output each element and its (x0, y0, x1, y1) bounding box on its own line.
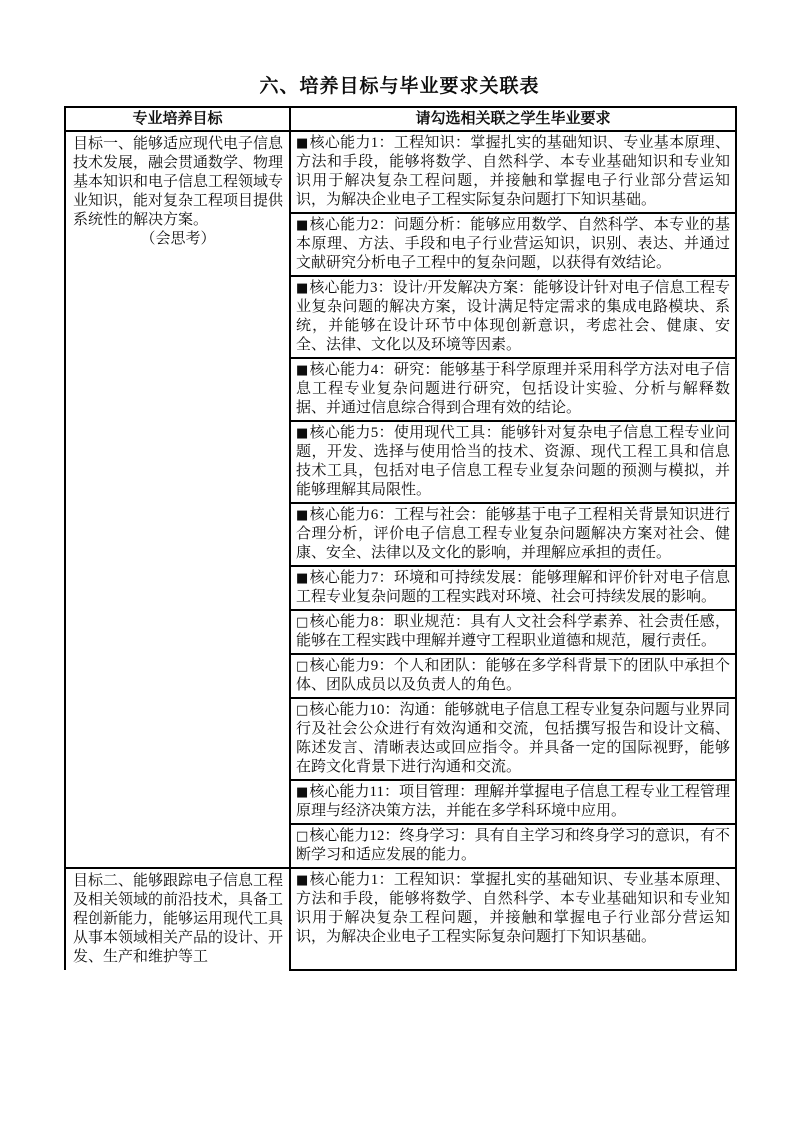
checkbox-checked-icon: ■ (296, 785, 309, 800)
requirement-cell-5: ■核心能力5：使用现代工具：能够针对复杂电子信息工程专业问题，开发、选择与使用恰… (290, 421, 736, 503)
objective-2-text: 目标二、能够跟踪电子信息工程及相关领域的前沿技术，具备工程创新能力，能够运用现代… (73, 872, 283, 967)
requirement-cell-1: ■核心能力1：工程知识：掌握扎实的基础知识、专业基本原理、方法和手段，能够将数学… (290, 131, 736, 213)
table-header-row: 专业培养目标 请勾选相关联之学生毕业要求 (65, 107, 736, 131)
requirement-cell-13: ■核心能力1：工程知识：掌握扎实的基础知识、专业基本原理、方法和手段，能够将数学… (290, 868, 736, 970)
checkbox-checked-icon: ■ (296, 363, 310, 378)
objective-1-text: 目标一、能够适应现代电子信息技术发展，融会贯通数学、物理基本知识和电子信息工程领… (73, 135, 283, 230)
checkbox-checked-icon: ■ (296, 136, 310, 151)
objective-1-note: （会思考） (73, 230, 283, 249)
requirement-text: 核心能力7：环境和可持续发展：能够理解和评价针对电子信息工程专业复杂问题的工程实… (296, 570, 730, 605)
column-header-objectives: 专业培养目标 (65, 107, 290, 131)
requirement-text: 核心能力5：使用现代工具：能够针对复杂电子信息工程专业问题，开发、选择与使用恰当… (296, 425, 730, 498)
requirement-cell-3: ■核心能力3：设计/开发解决方案：能够设计针对电子信息工程专业复杂问题的解决方案… (290, 276, 736, 358)
requirement-cell-2: ■核心能力2：问题分析：能够应用数学、自然科学、本专业的基本原理、方法、手段和电… (290, 213, 736, 276)
checkbox-unchecked-icon: □ (296, 659, 310, 674)
requirement-cell-10: □核心能力10：沟通：能够就电子信息工程专业复杂问题与业界同行及社会公众进行有效… (290, 698, 736, 780)
requirement-text: 核心能力8：职业规范：具有人文社会科学素养、社会责任感，能够在工程实践中理解并遵… (296, 614, 730, 649)
objectives-requirements-table: 专业培养目标 请勾选相关联之学生毕业要求 目标一、能够适应现代电子信息技术发展，… (64, 106, 737, 971)
checkbox-unchecked-icon: □ (296, 615, 310, 630)
requirement-text: 核心能力9：个人和团队：能够在多学科背景下的团队中承担个体、团队成员以及负责人的… (296, 658, 730, 693)
requirement-text: 核心能力11：项目管理：理解并掌握电子信息工程专业工程管理原理与经济决策方法，并… (296, 784, 730, 819)
requirement-cell-11: ■核心能力11：项目管理：理解并掌握电子信息工程专业工程管理原理与经济决策方法，… (290, 780, 736, 824)
document-page: 六、培养目标与毕业要求关联表 专业培养目标 请勾选相关联之学生毕业要求 目标一、… (0, 0, 799, 1131)
checkbox-checked-icon: ■ (296, 281, 309, 296)
column-header-requirements: 请勾选相关联之学生毕业要求 (290, 107, 736, 131)
requirement-text: 核心能力1：工程知识：掌握扎实的基础知识、专业基本原理、方法和手段，能够将数学、… (296, 135, 730, 208)
checkbox-checked-icon: ■ (296, 218, 310, 233)
requirement-text: 核心能力12：终身学习：具有自主学习和终身学习的意识，有不断学习和适应发展的能力… (296, 828, 730, 863)
objective-1-cell: 目标一、能够适应现代电子信息技术发展，融会贯通数学、物理基本知识和电子信息工程领… (65, 131, 290, 868)
checkbox-unchecked-icon: □ (296, 703, 309, 718)
checkbox-checked-icon: ■ (296, 508, 310, 523)
requirement-cell-8: □核心能力8：职业规范：具有人文社会科学素养、社会责任感，能够在工程实践中理解并… (290, 610, 736, 654)
requirement-cell-6: ■核心能力6：工程与社会：能够基于电子工程相关背景知识进行合理分析，评价电子信息… (290, 503, 736, 566)
table-row: 目标一、能够适应现代电子信息技术发展，融会贯通数学、物理基本知识和电子信息工程领… (65, 131, 736, 213)
checkbox-checked-icon: ■ (296, 571, 310, 586)
checkbox-checked-icon: ■ (296, 426, 310, 441)
requirement-cell-7: ■核心能力7：环境和可持续发展：能够理解和评价针对电子信息工程专业复杂问题的工程… (290, 566, 736, 610)
requirement-cell-4: ■核心能力4：研究：能够基于科学原理并采用科学方法对电子信息工程专业复杂问题进行… (290, 358, 736, 421)
checkbox-checked-icon: ■ (296, 873, 310, 888)
requirement-text: 核心能力2：问题分析：能够应用数学、自然科学、本专业的基本原理、方法、手段和电子… (296, 217, 730, 271)
checkbox-unchecked-icon: □ (296, 829, 309, 844)
requirement-text: 核心能力3：设计/开发解决方案：能够设计针对电子信息工程专业复杂问题的解决方案，… (296, 280, 730, 353)
requirement-text: 核心能力6：工程与社会：能够基于电子工程相关背景知识进行合理分析，评价电子信息工… (296, 507, 730, 561)
table-row: 目标二、能够跟踪电子信息工程及相关领域的前沿技术，具备工程创新能力，能够运用现代… (65, 868, 736, 970)
requirement-text: 核心能力10：沟通：能够就电子信息工程专业复杂问题与业界同行及社会公众进行有效沟… (296, 702, 730, 775)
requirement-text: 核心能力4：研究：能够基于科学原理并采用科学方法对电子信息工程专业复杂问题进行研… (296, 362, 730, 416)
page-title: 六、培养目标与毕业要求关联表 (0, 0, 799, 106)
objective-2-cell: 目标二、能够跟踪电子信息工程及相关领域的前沿技术，具备工程创新能力，能够运用现代… (65, 868, 290, 970)
requirement-cell-12: □核心能力12：终身学习：具有自主学习和终身学习的意识，有不断学习和适应发展的能… (290, 824, 736, 868)
requirement-cell-9: □核心能力9：个人和团队：能够在多学科背景下的团队中承担个体、团队成员以及负责人… (290, 654, 736, 698)
requirement-text: 核心能力1：工程知识：掌握扎实的基础知识、专业基本原理、方法和手段，能够将数学、… (296, 872, 730, 945)
